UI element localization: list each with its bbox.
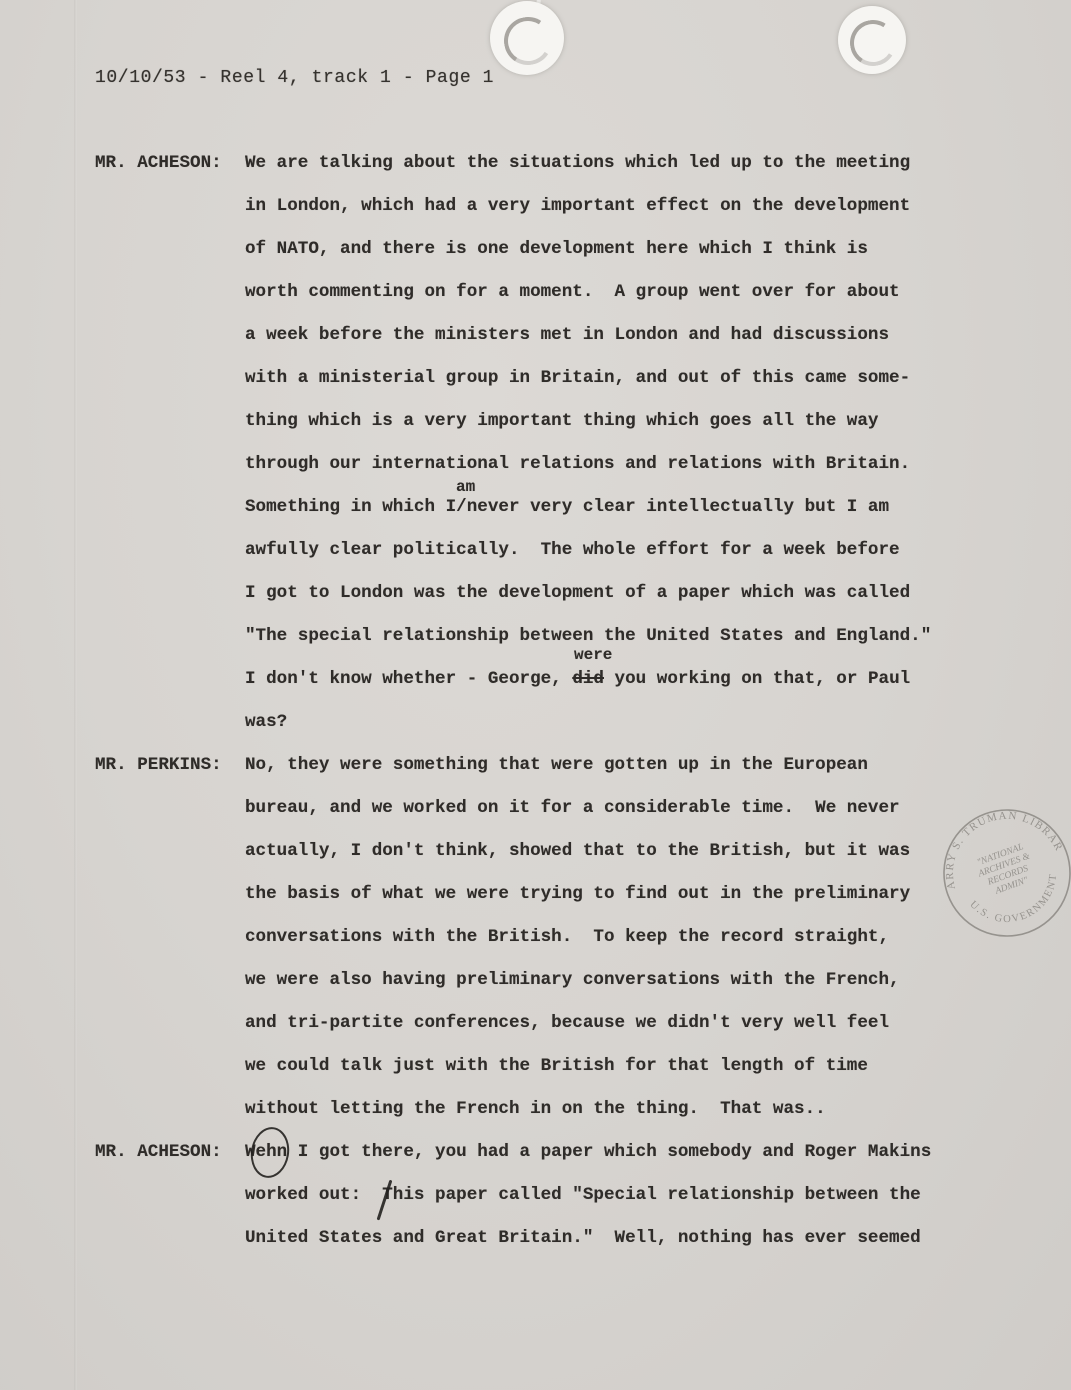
transcript-line: actually, I don't think, showed that to …	[0, 843, 1071, 867]
transcript-line: with a ministerial group in Britain, and…	[0, 370, 1071, 394]
line-text: No, they were something that were gotten…	[245, 757, 868, 775]
transcript-line: the basis of what we were trying to find…	[0, 886, 1071, 910]
transcript-line: I got to London was the development of a…	[0, 585, 1071, 609]
line-text: We are talking about the situations whic…	[245, 155, 910, 173]
line-text: Wehn I got there, you had a paper which …	[245, 1144, 931, 1162]
page-header: 10/10/53 - Reel 4, track 1 - Page 1	[95, 68, 494, 88]
line-text: through our international relations and …	[245, 456, 910, 474]
line-text: was?	[245, 714, 287, 732]
line-text: and tri-partite conferences, because we …	[245, 1015, 889, 1033]
line-text: worth commenting on for a moment. A grou…	[245, 284, 900, 302]
line-text: awfully clear politically. The whole eff…	[245, 542, 900, 560]
transcript-line: was?	[0, 714, 1071, 738]
punch-hole-shadow	[846, 16, 901, 71]
transcript-line: I don't know whether - George, did you w…	[0, 671, 1071, 695]
stamp-center-text: "NATIONAL ARCHIVES & RECORDS ADMIN"	[972, 841, 1039, 900]
transcript-line: without letting the French in on the thi…	[0, 1101, 1071, 1125]
line-text: bureau, and we worked on it for a consid…	[245, 800, 900, 818]
line-text: conversations with the British. To keep …	[245, 929, 889, 947]
line-text: "The special relationship between the Un…	[245, 628, 931, 646]
transcript-line: "The special relationship between the Un…	[0, 628, 1071, 652]
transcript-line: of NATO, and there is one development he…	[0, 241, 1071, 265]
transcript-line: and tri-partite conferences, because we …	[0, 1015, 1071, 1039]
line-text: United States and Great Britain." Well, …	[245, 1230, 921, 1248]
line-text: in London, which had a very important ef…	[245, 198, 910, 216]
speaker-label: MR. ACHESON:	[95, 1144, 222, 1162]
line-text: thing which is a very important thing wh…	[245, 413, 878, 431]
transcript-line: worked out: This paper called "Special r…	[0, 1187, 1071, 1211]
transcript-line: bureau, and we worked on it for a consid…	[0, 800, 1071, 824]
line-text: a week before the ministers met in Londo…	[245, 327, 889, 345]
line-text: we were also having preliminary conversa…	[245, 972, 900, 990]
line-text: without letting the French in on the thi…	[245, 1101, 826, 1119]
punch-hole-shadow	[500, 13, 557, 70]
transcript-line: thing which is a very important thing wh…	[0, 413, 1071, 437]
transcript-line: a week before the ministers met in Londo…	[0, 327, 1071, 351]
typed-insertion: were	[574, 646, 612, 664]
line-text: I don't know whether - George, did you w…	[245, 671, 910, 689]
transcript-line: Something in which I/never very clear in…	[0, 499, 1071, 523]
line-text: actually, I don't think, showed that to …	[245, 843, 910, 861]
line-text: the basis of what we were trying to find…	[245, 886, 910, 904]
line-text: we could talk just with the British for …	[245, 1058, 868, 1076]
transcript-line: we could talk just with the British for …	[0, 1058, 1071, 1082]
speaker-label: MR. PERKINS:	[95, 757, 222, 775]
line-text: with a ministerial group in Britain, and…	[245, 370, 910, 388]
transcript-line: MR. ACHESON:Wehn I got there, you had a …	[0, 1144, 1071, 1168]
transcript-line: awfully clear politically. The whole eff…	[0, 542, 1071, 566]
punch-hole	[838, 6, 906, 74]
line-text: of NATO, and there is one development he…	[245, 241, 868, 259]
transcript-line: in London, which had a very important ef…	[0, 198, 1071, 222]
struck-out-word: did	[572, 669, 604, 689]
transcript-line: worth commenting on for a moment. A grou…	[0, 284, 1071, 308]
punch-hole	[490, 1, 564, 75]
transcript-line: conversations with the British. To keep …	[0, 929, 1071, 953]
transcript-line: we were also having preliminary conversa…	[0, 972, 1071, 996]
line-text: Something in which I/never very clear in…	[245, 499, 889, 517]
transcript-line: through our international relations and …	[0, 456, 1071, 480]
transcript-line: MR. PERKINS:No, they were something that…	[0, 757, 1071, 781]
line-text: I got to London was the development of a…	[245, 585, 910, 603]
transcript-line: MR. ACHESON:We are talking about the sit…	[0, 155, 1071, 179]
transcript-line: United States and Great Britain." Well, …	[0, 1230, 1071, 1254]
typed-insertion: am	[456, 478, 475, 496]
speaker-label: MR. ACHESON:	[95, 155, 222, 173]
line-text: worked out: This paper called "Special r…	[245, 1187, 921, 1205]
